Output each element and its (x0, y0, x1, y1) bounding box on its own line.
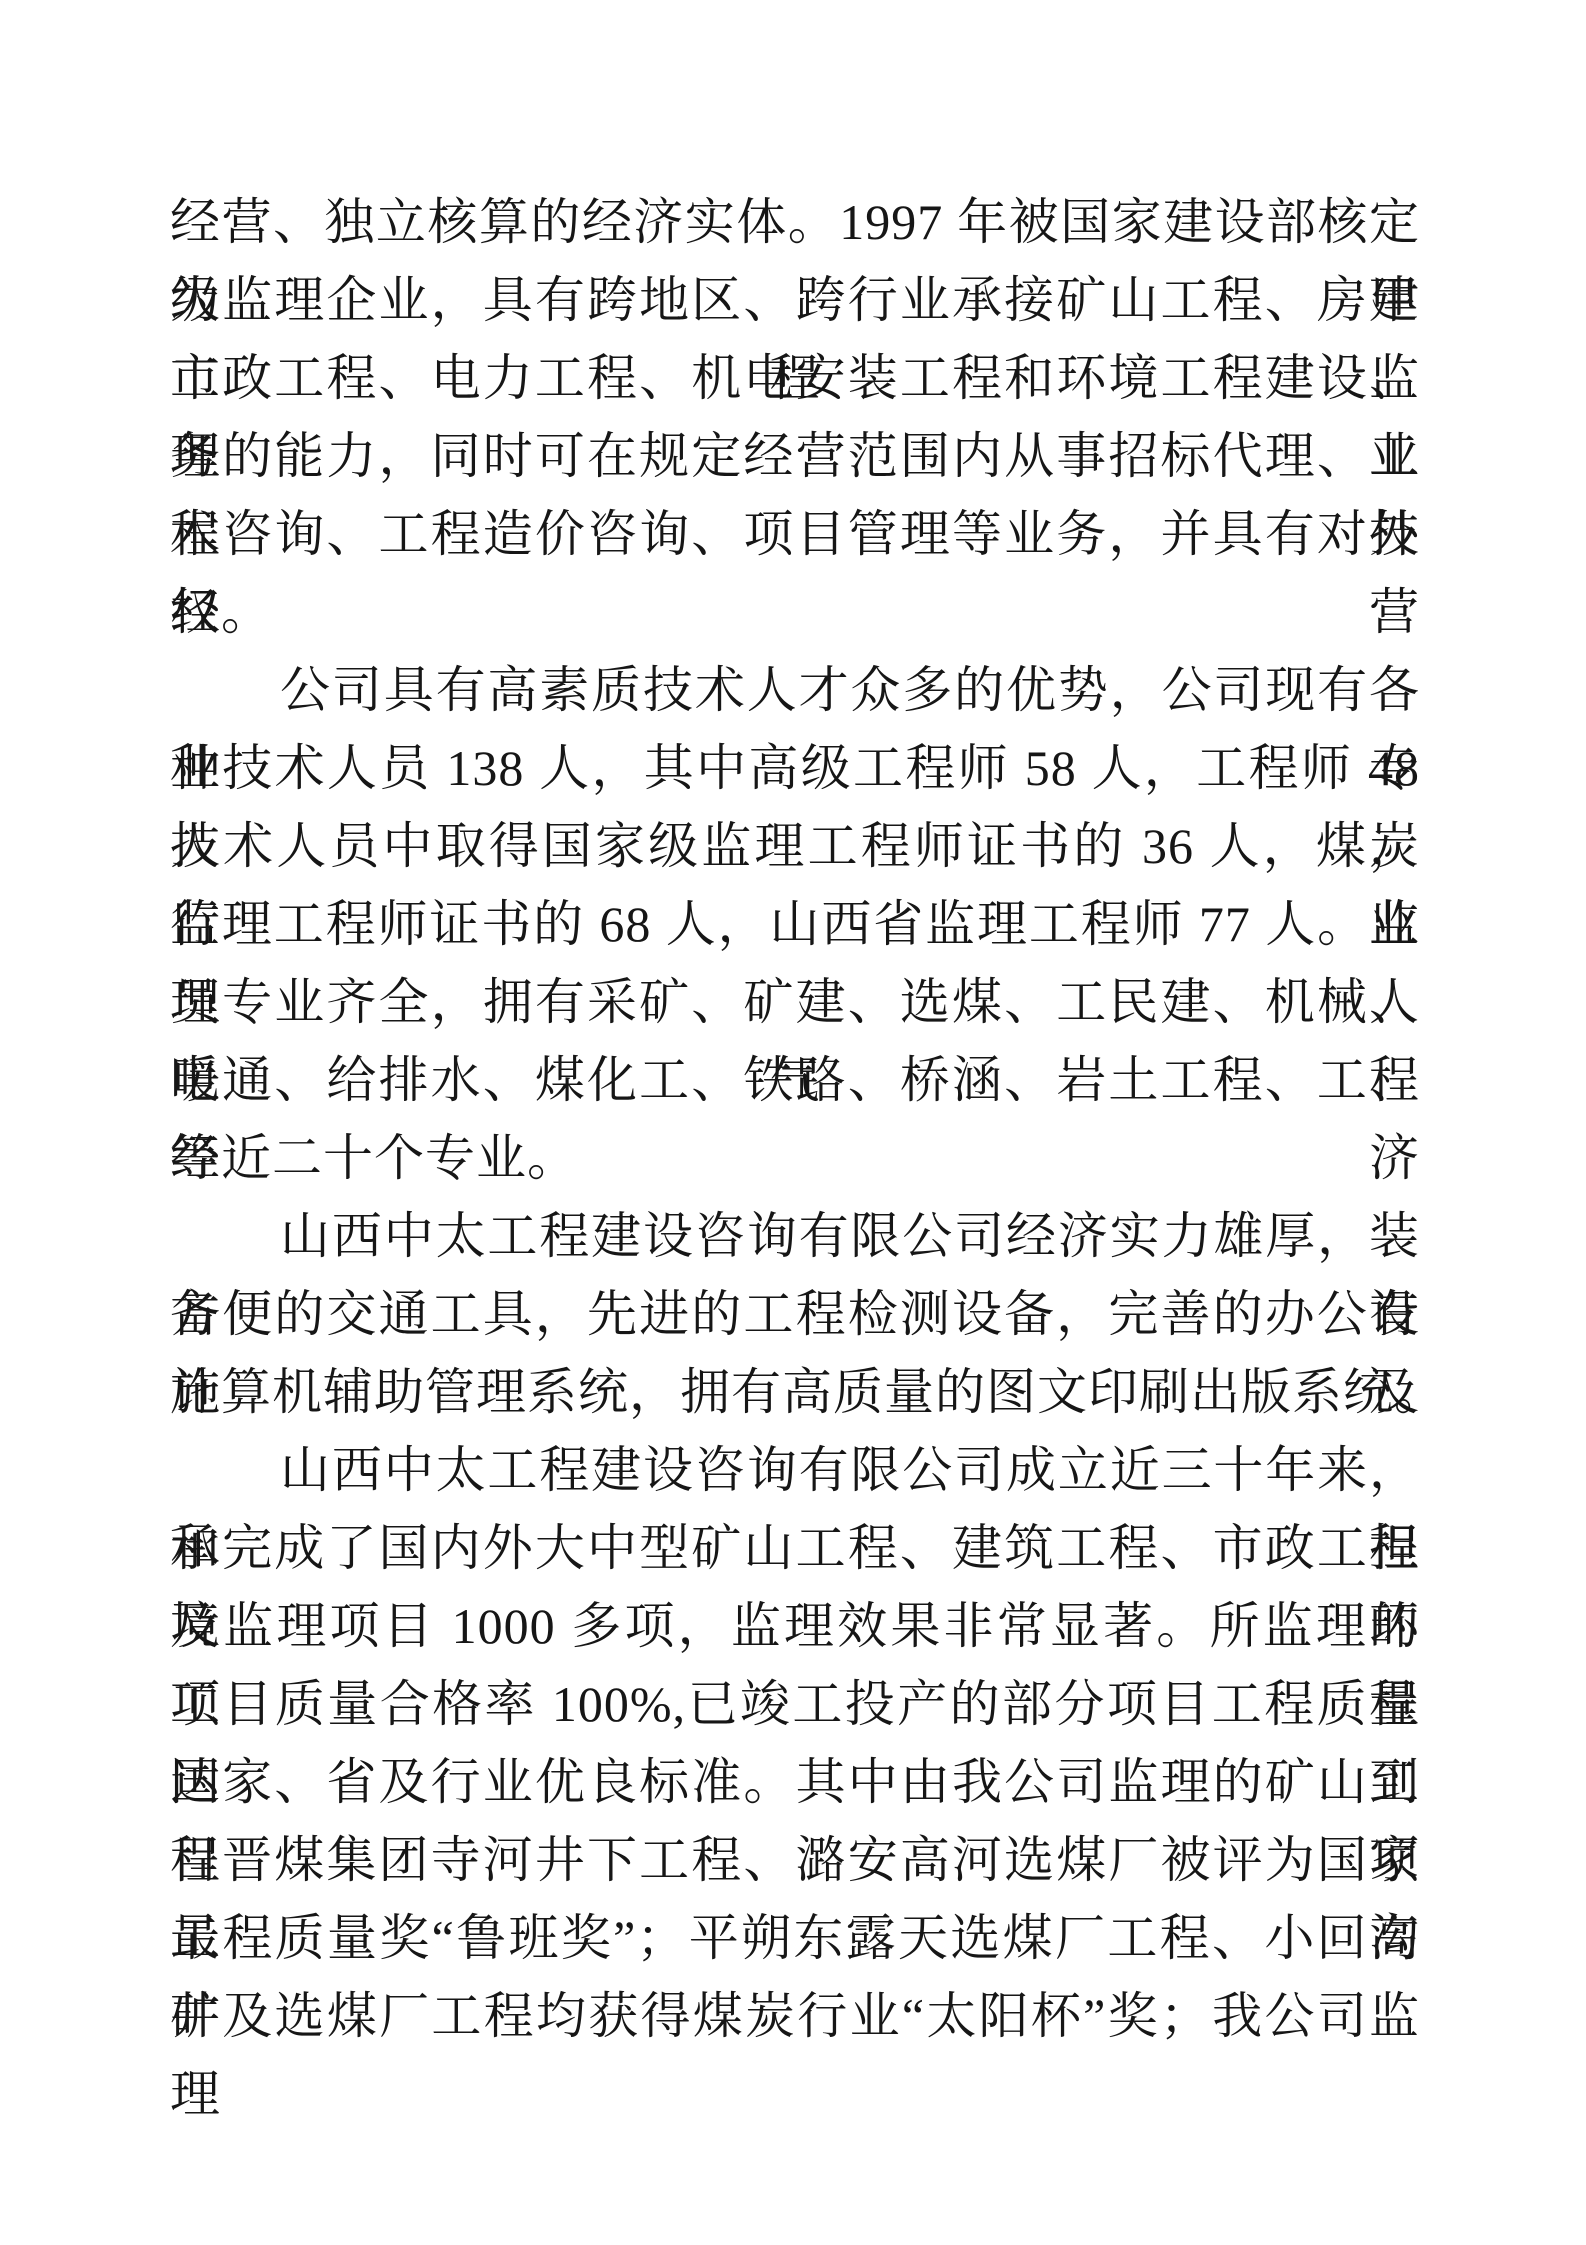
text-line: 计算机辅助管理系统，拥有高质量的图文印刷出版系统。 (170, 1353, 1420, 1431)
text-line: 术咨询、工程造价咨询、项目管理等业务，并具有对外经营 (170, 495, 1420, 573)
text-line: 目晋煤集团寺河井下工程、潞安高河选煤厂被评为国家最高 (170, 1821, 1420, 1899)
text-line: 山西中太工程建设咨询有限公司成立近三十年来，承担 (170, 1431, 1420, 1509)
text-line: 工程质量奖“鲁班奖”；平朔东露天选煤厂工程、小回沟矿 (170, 1899, 1420, 1977)
text-line: 经营、独立核算的经济实体。1997 年被国家建设部核定为甲 (170, 183, 1420, 261)
text-line: 境监理项目 1000 多项，监理效果非常显著。所监理的工程 (170, 1587, 1420, 1665)
text-line: 业技术人员 138 人，其中高级工程师 58 人，工程师 48 人， (170, 729, 1420, 807)
text-line: 井及选煤厂工程均获得煤炭行业“太阳杯”奖；我公司监理 (170, 1977, 1420, 2055)
text-line: 国家、省及行业优良标准。其中由我公司监理的矿山工程项 (170, 1743, 1420, 1821)
document-page: 经营、独立核算的经济实体。1997 年被国家建设部核定为甲级监理企业，具有跨地区… (0, 0, 1586, 2245)
text-line: 方便的交通工具，先进的工程检测设备，完善的办公设施及 (170, 1275, 1420, 1353)
text-line: 务的能力，同时可在规定经营范围内从事招标代理、工程技 (170, 417, 1420, 495)
text-line: 市政工程、电力工程、机电安装工程和环境工程建设监理业 (170, 339, 1420, 417)
text-line: 和完成了国内外大中型矿山工程、建筑工程、市政工程及环 (170, 1509, 1420, 1587)
text-line: 级监理企业，具有跨地区、跨行业承接矿山工程、房建工程、 (170, 261, 1420, 339)
text-line: 员专业齐全，拥有采矿、矿建、选煤、工民建、机械、电气、 (170, 963, 1420, 1041)
text-line: 公司具有高素质技术人才众多的优势，公司现有各种专 (170, 651, 1420, 729)
text-line: 暖通、给排水、煤化工、铁路、桥涵、岩土工程、工程经济 (170, 1041, 1420, 1119)
text-line: 技术人员中取得国家级监理工程师证书的 36 人，煤炭行业 (170, 807, 1420, 885)
text-line: 监理工程师证书的 68 人，山西省监理工程师 77 人。监理人 (170, 885, 1420, 963)
text-block: 经营、独立核算的经济实体。1997 年被国家建设部核定为甲级监理企业，具有跨地区… (170, 183, 1420, 2055)
text-line: 项目质量合格率 100%,已竣工投产的部分项目工程质量达到 (170, 1665, 1420, 1743)
text-line: 山西中太工程建设咨询有限公司经济实力雄厚，装备有 (170, 1197, 1420, 1275)
